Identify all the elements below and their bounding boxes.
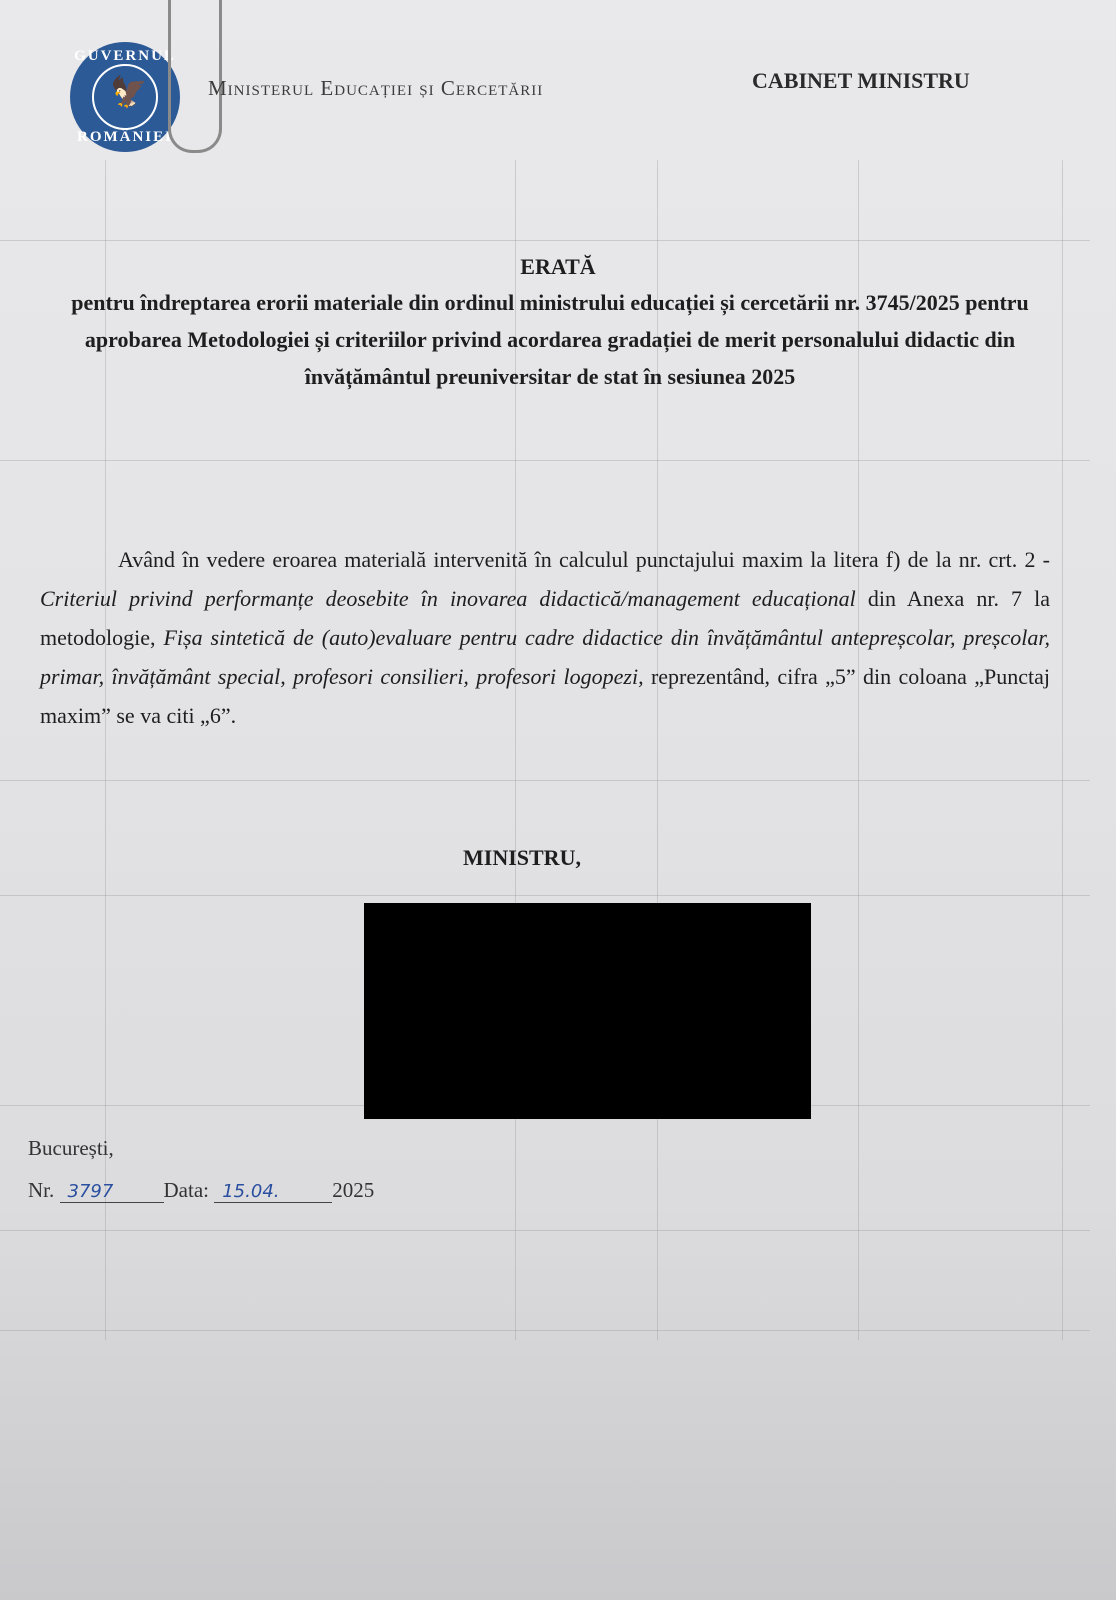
romanian-coat-of-arms-icon: 🦅 [110, 76, 147, 110]
ministry-name: Ministerul Educației și Cercetării [208, 76, 543, 101]
year: 2025 [332, 1178, 374, 1202]
redacted-signature [364, 903, 811, 1119]
government-seal: GUVERNUL 🦅 ROMÂNIEI [70, 42, 180, 152]
registration-line: Nr. 3797Data: 15.04.2025 [28, 1178, 374, 1203]
signatory-title: MINISTRU, [463, 845, 581, 871]
document-page: GUVERNUL 🦅 ROMÂNIEI Ministerul Educației… [0, 0, 1116, 1600]
city: București, [28, 1136, 114, 1161]
department-name: CABINET MINISTRU [752, 68, 970, 94]
seal-top-text: GUVERNUL [70, 48, 180, 65]
document-subtitle: pentru îndreptarea erorii materiale din … [45, 284, 1055, 395]
seal-bottom-text: ROMÂNIEI [70, 129, 180, 146]
document-body: Având în vedere eroarea materială interv… [40, 540, 1050, 735]
registration-number: 3797 [60, 1181, 164, 1203]
nr-label: Nr. [28, 1178, 54, 1202]
date-value: 15.04. [214, 1181, 332, 1203]
date-label: Data: [164, 1178, 209, 1202]
document-title: ERATĂ [0, 254, 1116, 280]
